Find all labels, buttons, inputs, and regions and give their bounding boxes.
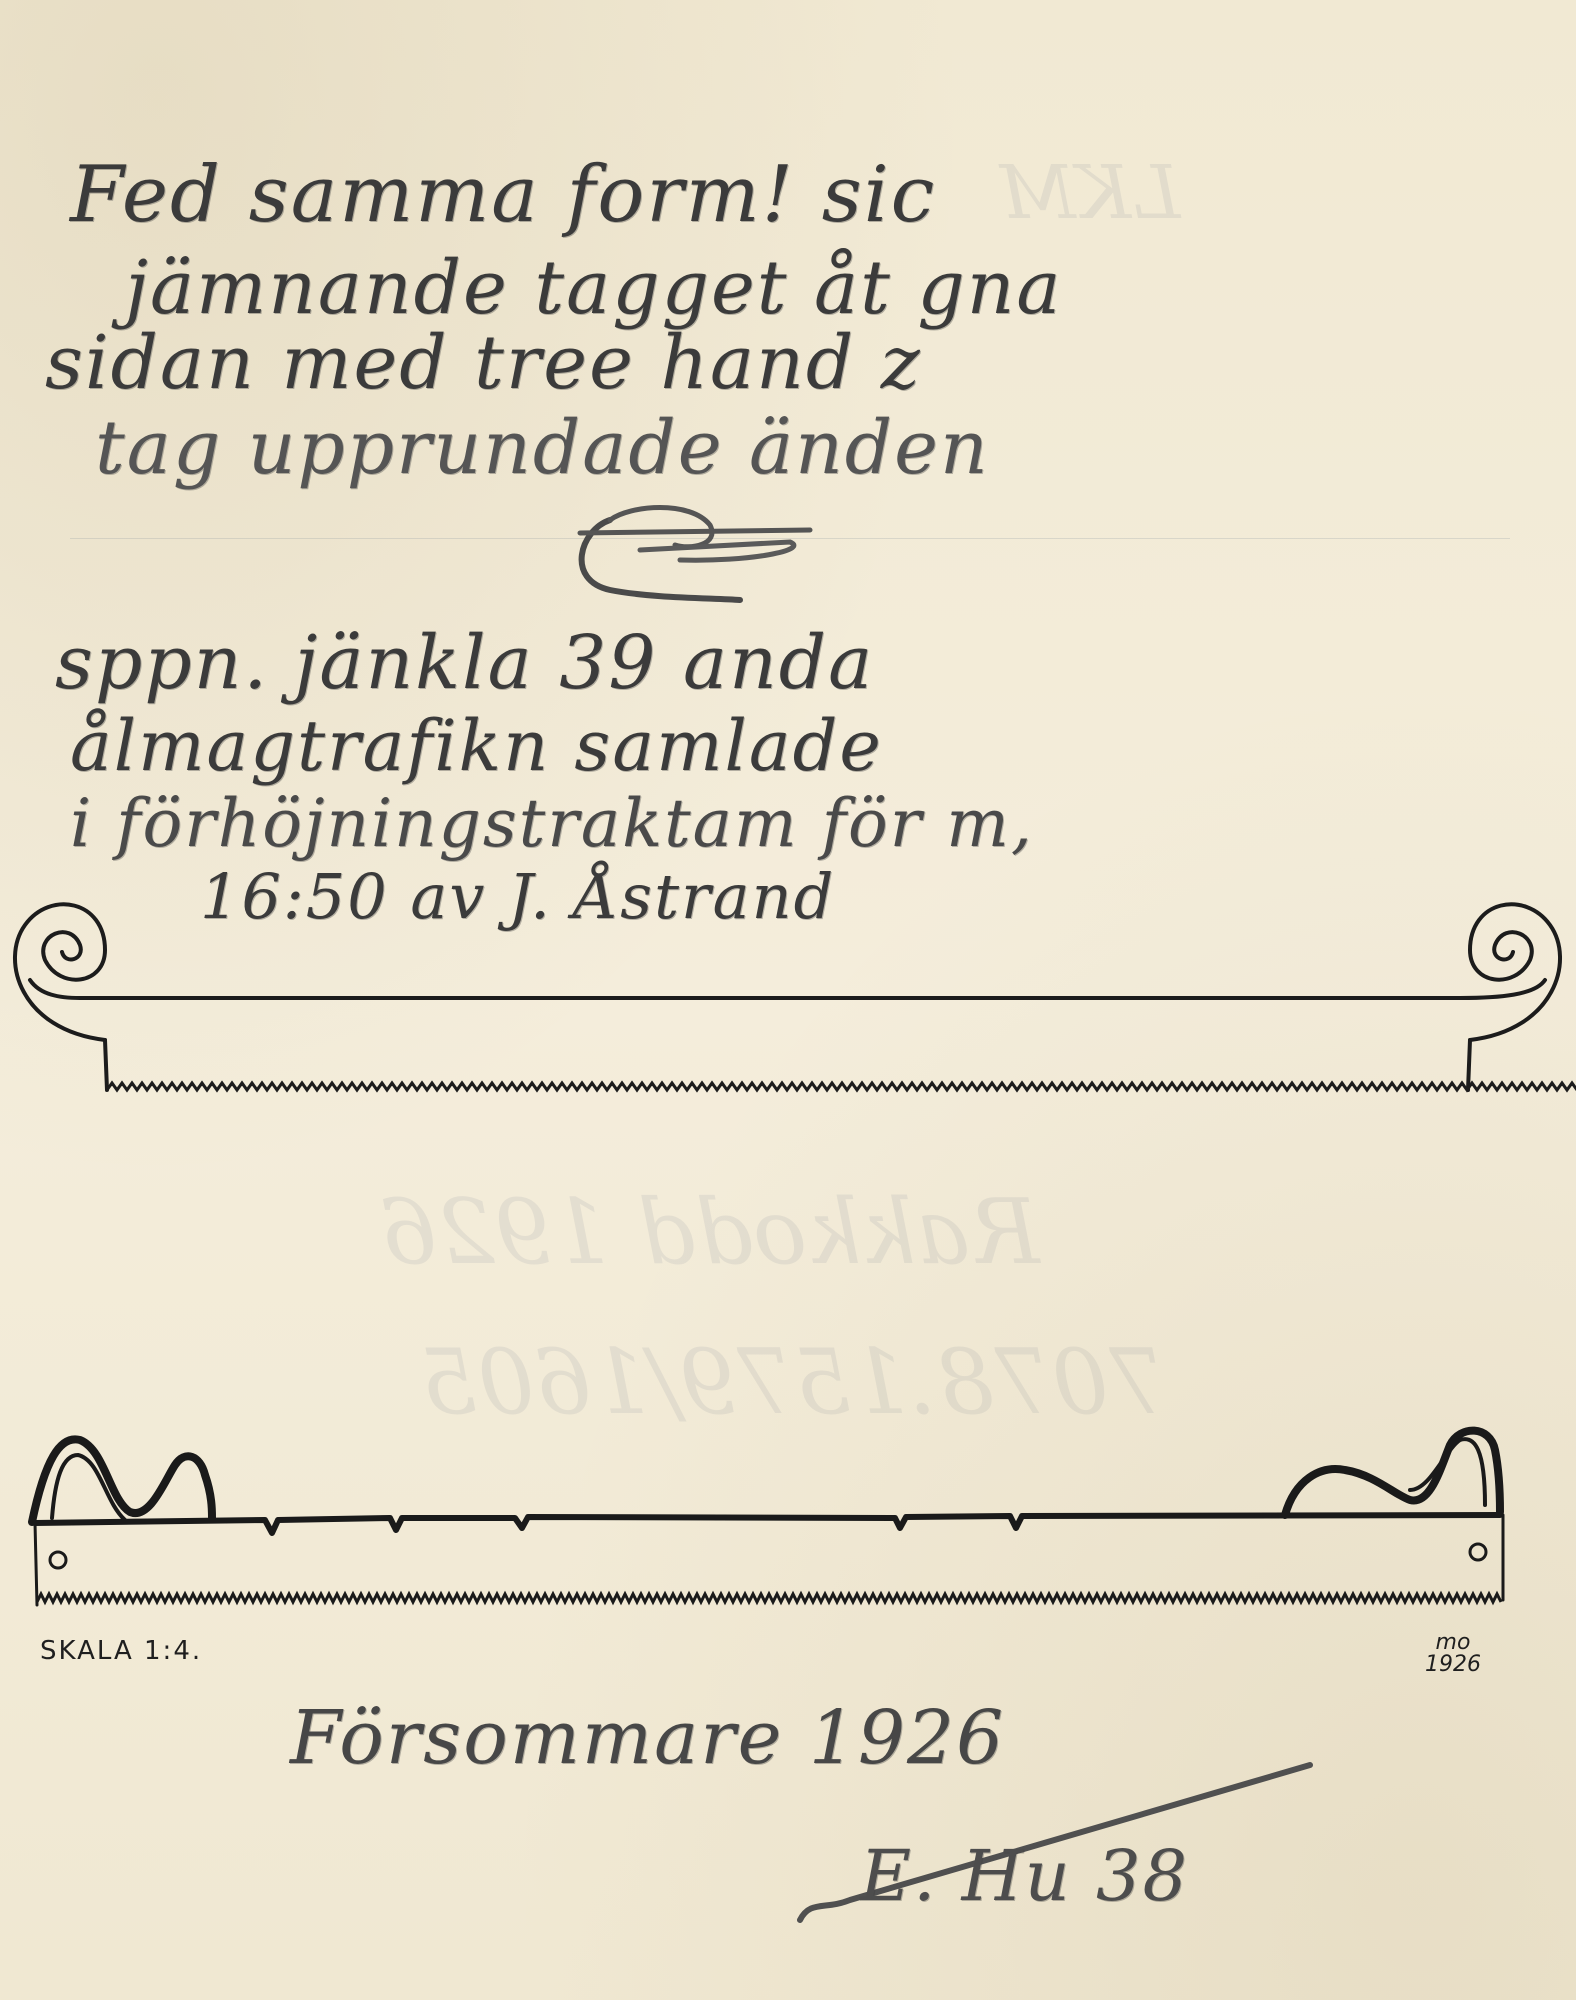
bleed-through-text: Rakkodd 1926 (380, 1180, 1040, 1285)
saw-teeth (37, 1594, 1501, 1602)
handwritten-line: tag upprundade änden (95, 405, 990, 491)
flourish-icon (570, 490, 830, 610)
signature: E. Hu 38 (860, 1835, 1189, 1917)
handwritten-line: i förhöjningstraktam för m, (70, 785, 1034, 862)
initials-mark: mo (1425, 1632, 1481, 1654)
saw-teeth (107, 1083, 1576, 1090)
handwritten-line: sidan med tree hand z (45, 320, 922, 406)
handwritten-line: ålmagtrafikn samlade (70, 705, 883, 787)
handwritten-line: sppn. jänkla 39 anda (55, 620, 874, 706)
artist-initials: mo 1926 (1425, 1632, 1481, 1676)
rivet-icon (1470, 1544, 1486, 1560)
scale-label: SKALA 1:4. (40, 1636, 202, 1666)
saw-drawing-m-handles (0, 1420, 1576, 1610)
saw-drawing-scroll-ends (0, 880, 1576, 1120)
initials-year: 1926 (1425, 1654, 1481, 1676)
handwritten-line: Fed samma form! sic (70, 150, 936, 240)
handwritten-line: jämnande tagget åt gna (125, 245, 1063, 331)
rivet-icon (50, 1552, 66, 1568)
bleed-through-text: LKM (1000, 150, 1180, 236)
